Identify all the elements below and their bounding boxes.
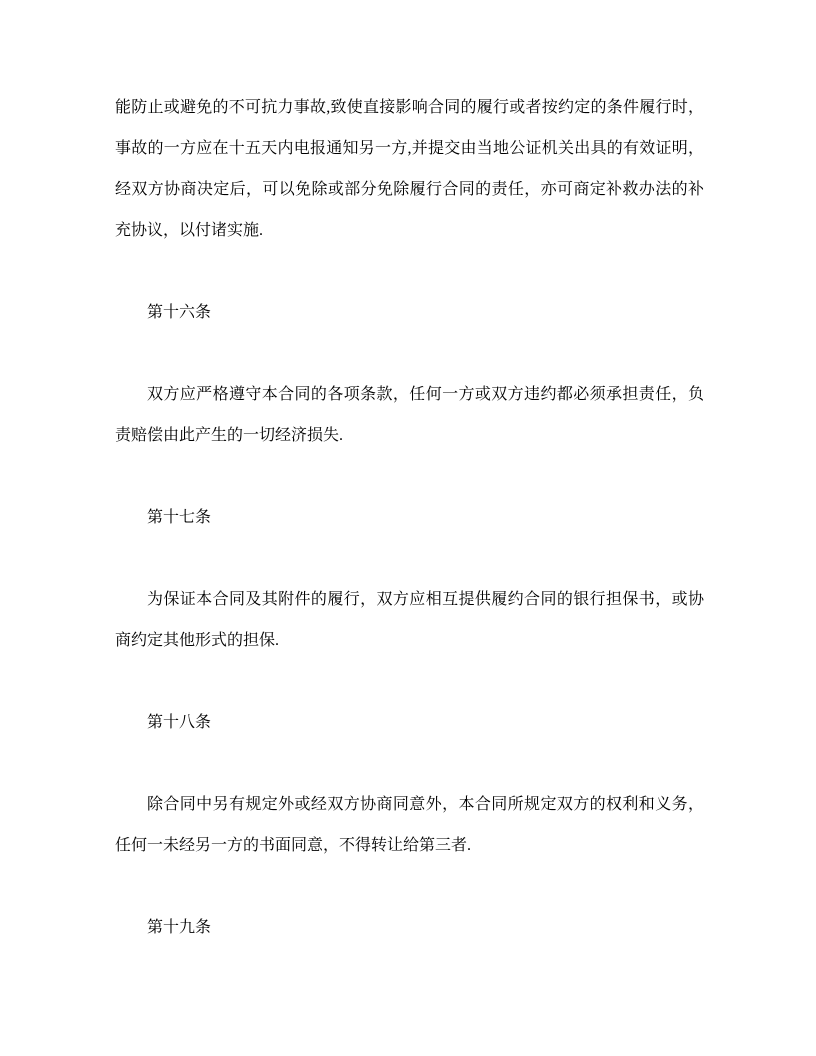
clause-heading-article-18: 第十八条 [115,702,704,743]
paragraph-article-18-body: 除合同中另有规定外或经双方协商同意外，本合同所规定双方的权利和义务，任何一未经另… [115,784,704,866]
clause-heading-article-16: 第十六条 [115,292,704,333]
contract-document-page: 能防止或避免的不可抗力事故,致使直接影响合同的履行或者按约定的条件履行时，事故的… [0,0,816,1056]
paragraph-article-17-body: 为保证本合同及其附件的履行，双方应相互提供履约合同的银行担保书，或协商约定其他形… [115,579,704,661]
paragraph-article-16-body: 双方应严格遵守本合同的各项条款，任何一方或双方违约都必须承担责任，负责赔偿由此产… [115,374,704,456]
clause-heading-article-19: 第十九条 [115,907,704,948]
paragraph-force-majeure-continuation: 能防止或避免的不可抗力事故,致使直接影响合同的履行或者按约定的条件履行时，事故的… [115,87,704,251]
clause-heading-article-17: 第十七条 [115,497,704,538]
